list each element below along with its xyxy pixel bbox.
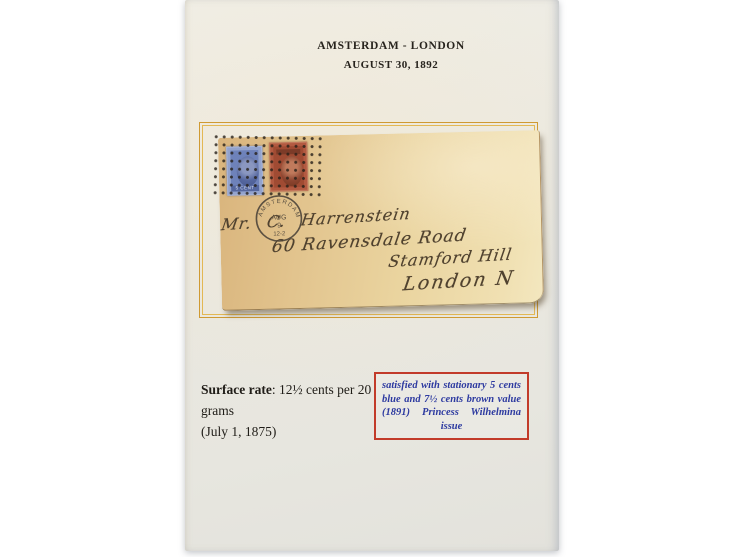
surface-rate-date: (July 1, 1875) bbox=[201, 422, 381, 443]
dotted-lozenge-cancel bbox=[211, 133, 324, 201]
album-page-photo: AMSTERDAM - LONDON AUGUST 30, 1892 5 CEN… bbox=[185, 0, 559, 551]
page-title: AMSTERDAM - LONDON AUGUST 30, 1892 bbox=[185, 40, 559, 71]
surface-rate-line: Surface rate: 12½ cents per 20 grams bbox=[201, 380, 381, 422]
postal-cover-envelope: 5 CENT AMSTERDAM AUG 9 12-2 bbox=[218, 130, 544, 311]
title-route: AMSTERDAM - LONDON bbox=[223, 40, 559, 52]
franking-note-box: satisfied with stationary 5 cents blue a… bbox=[374, 372, 529, 440]
address-line-city: London N bbox=[402, 267, 517, 296]
cover-mount-frame: 5 CENT AMSTERDAM AUG 9 12-2 bbox=[199, 122, 538, 318]
title-date: AUGUST 30, 1892 bbox=[223, 59, 559, 71]
surface-rate-caption: Surface rate: 12½ cents per 20 grams (Ju… bbox=[201, 380, 381, 443]
surface-rate-label: Surface rate bbox=[201, 382, 272, 397]
franking-note-text: satisfied with stationary 5 cents blue a… bbox=[382, 379, 521, 434]
